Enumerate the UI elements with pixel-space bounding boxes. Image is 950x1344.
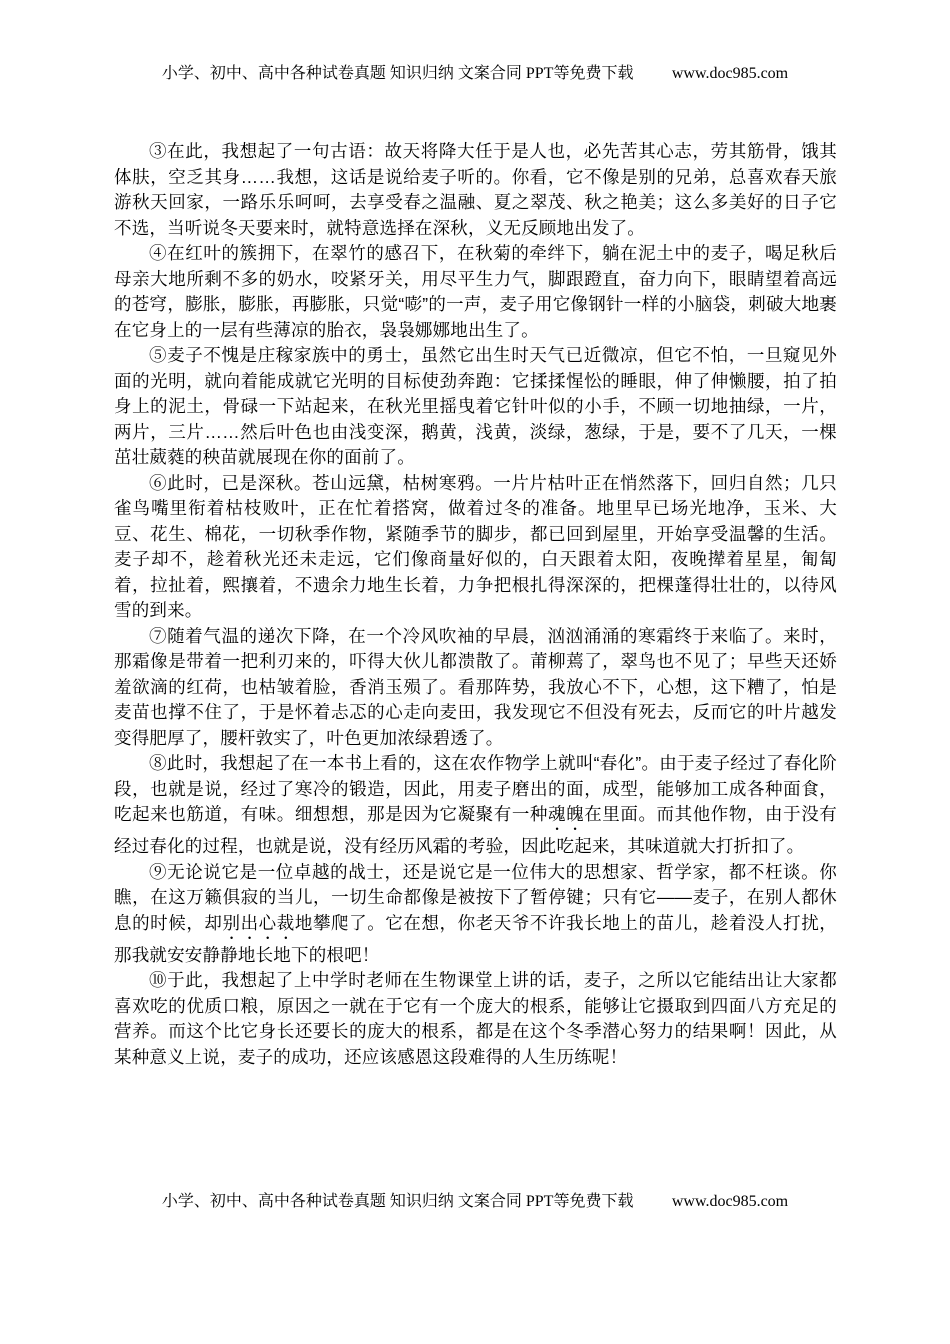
emphasized-text: 别出心裁 <box>223 913 295 933</box>
paragraph-text: ⑤麦子不愧是庄稼家族中的勇士，虽然它出生时天气已近微凉，但它不怕，一旦窥见外面的… <box>114 345 837 467</box>
paragraph-p4: ④在红叶的簇拥下，在翠竹的感召下，在秋菊的牵绊下，躺在泥土中的麦子，喝足秋后母亲… <box>114 241 837 343</box>
paragraph-text: ③在此，我想起了一句古语：故天将降大任于是人也，必先苦其心志，劳其筋骨，饿其体肤… <box>114 141 837 238</box>
header-watermark-text: 小学、初中、高中各种试卷真题 知识归纳 文案合同 PPT等免费下载 <box>162 65 634 82</box>
page-header: 小学、初中、高中各种试卷真题 知识归纳 文案合同 PPT等免费下载www.doc… <box>0 63 950 85</box>
page-footer: 小学、初中、高中各种试卷真题 知识归纳 文案合同 PPT等免费下载www.doc… <box>0 1191 950 1213</box>
paragraph-p7: ⑦随着气温的递次下降，在一个冷风吹袖的早晨，汹汹涌涌的寒霜终于来临了。来时，那霜… <box>114 624 837 752</box>
paragraph-p10: ⑩于此，我想起了上中学时老师在生物课堂上讲的话，麦子，之所以它能结出让大家都喜欢… <box>114 968 837 1070</box>
emphasized-text: 魂魄 <box>548 804 584 824</box>
paragraph-text: ⑩于此，我想起了上中学时老师在生物课堂上讲的话，麦子，之所以它能结出让大家都喜欢… <box>114 970 837 1067</box>
paragraph-text: ⑦随着气温的递次下降，在一个冷风吹袖的早晨，汹汹涌涌的寒霜终于来临了。来时，那霜… <box>114 626 837 748</box>
paragraph-p8: ⑧此时，我想起了在一本书上看的，这在农作物学上就叫“春化”。由于麦子经过了春化阶… <box>114 751 837 860</box>
document-body: ③在此，我想起了一句古语：故天将降大任于是人也，必先苦其心志，劳其筋骨，饿其体肤… <box>114 139 837 1070</box>
footer-site-url: www.doc985.com <box>672 1193 788 1210</box>
footer-watermark-text: 小学、初中、高中各种试卷真题 知识归纳 文案合同 PPT等免费下载 <box>162 1193 634 1210</box>
paragraph-p9: ⑨无论说它是一位卓越的战士，还是说它是一位伟大的思想家、哲学家，都不枉谈。你瞧，… <box>114 860 837 969</box>
paragraph-text: ⑥此时，已是深秋。苍山远黛，枯树寒鸦。一片片枯叶正在悄然落下，回归自然；几只雀鸟… <box>114 473 837 621</box>
paragraph-p3: ③在此，我想起了一句古语：故天将降大任于是人也，必先苦其心志，劳其筋骨，饿其体肤… <box>114 139 837 241</box>
paragraph-p6: ⑥此时，已是深秋。苍山远黛，枯树寒鸦。一片片枯叶正在悄然落下，回归自然；几只雀鸟… <box>114 471 837 624</box>
header-site-url: www.doc985.com <box>672 65 788 82</box>
paragraph-text: ④在红叶的簇拥下，在翠竹的感召下，在秋菊的牵绊下，躺在泥土中的麦子，喝足秋后母亲… <box>114 243 837 340</box>
paragraph-p5: ⑤麦子不愧是庄稼家族中的勇士，虽然它出生时天气已近微凉，但它不怕，一旦窥见外面的… <box>114 343 837 471</box>
document-page: 小学、初中、高中各种试卷真题 知识归纳 文案合同 PPT等免费下载www.doc… <box>0 0 950 1344</box>
